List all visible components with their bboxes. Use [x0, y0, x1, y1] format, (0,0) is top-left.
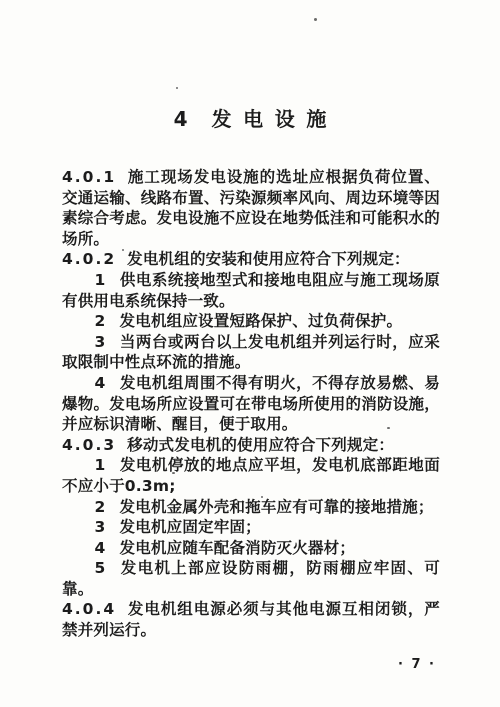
item-text: 发电机组应设置短路保护、过负荷保护。 — [120, 312, 403, 330]
clause-item-paragraph: 5发电机上部应设防雨棚，防雨棚应牢固、可靠。 — [62, 558, 440, 599]
clause-paragraph: 4.0.2发电机组的安装和使用应符合下列规定： — [62, 249, 440, 270]
clause-item-paragraph: 2发电机金属外壳和拖车应有可靠的接地措施； — [62, 497, 440, 518]
item-number: 1 — [95, 456, 106, 474]
clause-number: 4.0.4 — [62, 600, 116, 618]
clause-item-paragraph: 2发电机组应设置短路保护、过负荷保护。 — [62, 311, 440, 332]
item-text: 发电机上部应设防雨棚，防雨棚应牢固、可靠。 — [62, 559, 440, 598]
clause-item-paragraph: 1发电机停放的地点应平坦，发电机底部距地面不应小于0.3m; — [62, 455, 440, 496]
document-page: 4 发电设施 4.0.1施工现场发电设施的选址应根据负荷位置、交通运输、线路布置… — [0, 0, 500, 707]
clause-text: 移动式发电机的使用应符合下列规定： — [127, 436, 394, 454]
scan-speck — [176, 87, 178, 89]
clause-number: 4.0.3 — [62, 436, 116, 454]
clause-text: 施工现场发电设施的选址应根据负荷位置、交通运输、线路布置、污染源频率风向、周边环… — [62, 168, 440, 248]
item-number: 2 — [95, 498, 106, 516]
item-text: 发电机停放的地点应平坦，发电机底部距地面不应小于0.3m; — [62, 456, 440, 495]
item-text: 当两台或两台以上发电机组并列运行时，应采取限制中性点环流的措施。 — [62, 333, 440, 372]
item-number: 1 — [95, 271, 106, 289]
scan-speck — [314, 18, 317, 21]
item-text: 发电机组周围不得有明火，不得存放易燃、易爆物。发电场所应设置可在带电场所使用的消… — [62, 374, 440, 433]
item-number: 3 — [95, 333, 106, 351]
clause-item-paragraph: 4发电机应随车配备消防灭火器材； — [62, 538, 440, 559]
item-number: 4 — [95, 539, 106, 557]
item-number: 3 — [95, 518, 106, 536]
clause-paragraph: 4.0.4发电机组电源必须与其他电源互相闭锁，严禁并列运行。 — [62, 599, 440, 640]
clause-number: 4.0.1 — [62, 168, 116, 186]
clause-item-paragraph: 3当两台或两台以上发电机组并列运行时，应采取限制中性点环流的措施。 — [62, 332, 440, 373]
item-text: 发电机应随车配备消防灭火器材； — [120, 539, 356, 557]
clause-item-paragraph: 3发电机应固定牢固； — [62, 517, 440, 538]
clause-item-paragraph: 4发电机组周围不得有明火，不得存放易燃、易爆物。发电场所应设置可在带电场所使用的… — [62, 373, 440, 435]
page-number: · 7 · — [398, 657, 436, 672]
section-number: 4 — [174, 104, 188, 134]
item-text: 发电机应固定牢固； — [120, 518, 261, 536]
clause-text: 发电机组的安装和使用应符合下列规定： — [127, 250, 410, 268]
item-number: 2 — [95, 312, 106, 330]
item-number: 4 — [95, 374, 106, 392]
clause-paragraph: 4.0.1施工现场发电设施的选址应根据负荷位置、交通运输、线路布置、污染源频率风… — [62, 167, 440, 249]
section-title: 4 发电设施 — [0, 104, 500, 134]
clause-list: 4.0.1施工现场发电设施的选址应根据负荷位置、交通运输、线路布置、污染源频率风… — [62, 167, 440, 641]
clause-paragraph: 4.0.3移动式发电机的使用应符合下列规定： — [62, 435, 440, 456]
clause-number: 4.0.2 — [62, 250, 116, 268]
item-number: 5 — [95, 559, 106, 577]
item-text: 发电机金属外壳和拖车应有可靠的接地措施； — [120, 498, 434, 516]
item-text: 供电系统接地型式和接地电阻应与施工现场原有供用电系统保持一致。 — [62, 271, 440, 310]
clause-text: 发电机组电源必须与其他电源互相闭锁，严禁并列运行。 — [62, 600, 440, 639]
section-title-text: 发电设施 — [212, 104, 338, 134]
clause-item-paragraph: 1供电系统接地型式和接地电阻应与施工现场原有供用电系统保持一致。 — [62, 270, 440, 311]
